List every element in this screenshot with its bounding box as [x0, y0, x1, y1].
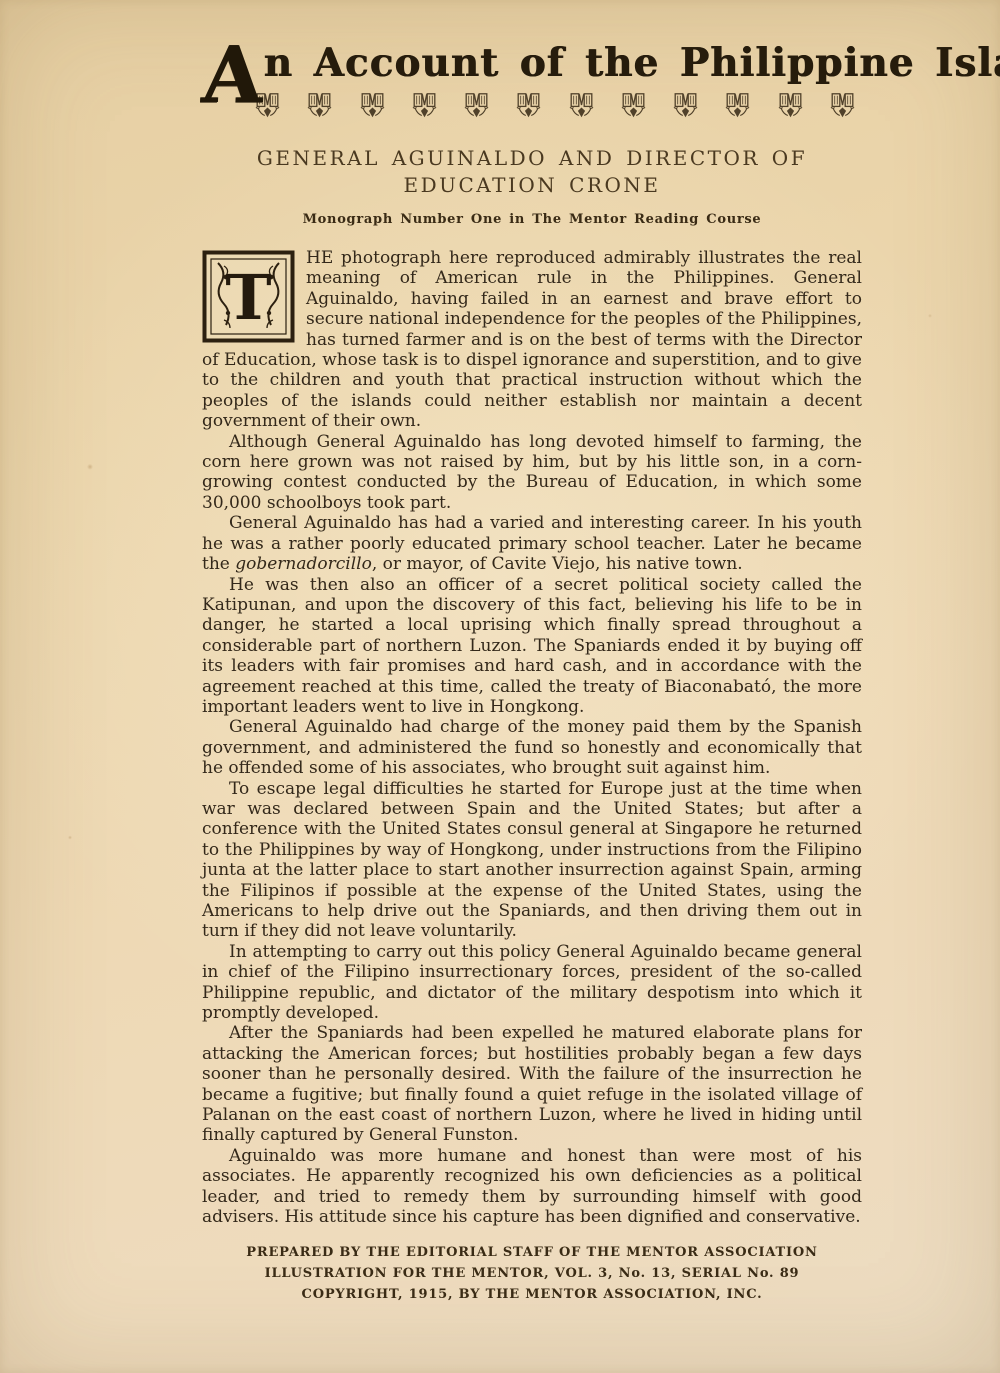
body-text: THE photograph here reproduced admirably…	[202, 248, 862, 1228]
paragraph: To escape legal difficulties he started …	[202, 779, 862, 942]
footer-credits: PREPARED BY THE EDITORIAL STAFF OF THE M…	[202, 1242, 862, 1305]
italic-text-run: gobernadorcillo	[235, 554, 372, 574]
text-run: Although General Aguinaldo has long devo…	[202, 432, 862, 513]
svg-text:T: T	[225, 261, 271, 334]
paragraph: General Aguinaldo has had a varied and i…	[202, 513, 862, 574]
paragraph: After the Spaniards had been expelled he…	[202, 1023, 862, 1145]
paragraph: Although General Aguinaldo has long devo…	[202, 432, 862, 514]
footer-line: COPYRIGHT, 1915, BY THE MENTOR ASSOCIATI…	[202, 1284, 862, 1305]
text-run: Aguinaldo was more humane and honest tha…	[202, 1146, 862, 1227]
footer-line: PREPARED BY THE EDITORIAL STAFF OF THE M…	[202, 1242, 862, 1263]
drop-cap-initial: T	[202, 250, 295, 343]
text-run: He was then also an officer of a secret …	[202, 575, 862, 717]
article-heading-line2: EDUCATION CRONE	[202, 172, 862, 199]
text-run: To escape legal difficulties he started …	[202, 779, 862, 942]
page-title: n Account of the Philippine Islands	[264, 40, 1000, 86]
text-run: In attempting to carry out this policy G…	[202, 942, 862, 1023]
text-run: , or mayor, of Cavite Viejo, his native …	[372, 554, 743, 574]
text-run: After the Spaniards had been expelled he…	[202, 1023, 862, 1145]
masthead-title: An Account of the Philippine Islands	[202, 40, 862, 104]
series-subtitle: Monograph Number One in The Mentor Readi…	[202, 212, 862, 227]
text-run: HE photograph here reproduced admirably …	[202, 248, 862, 431]
paragraph: Aguinaldo was more humane and honest tha…	[202, 1146, 862, 1228]
paragraph: He was then also an officer of a secret …	[202, 575, 862, 718]
title-initial-letter: A	[200, 45, 264, 107]
article-heading-line1: GENERAL AGUINALDO AND DIRECTOR OF	[202, 145, 862, 172]
text-run: General Aguinaldo had charge of the mone…	[202, 717, 862, 778]
paragraph: General Aguinaldo had charge of the mone…	[202, 717, 862, 778]
paragraph: THE photograph here reproduced admirably…	[202, 248, 862, 432]
paragraph: In attempting to carry out this policy G…	[202, 942, 862, 1024]
document-page: An Account of the Philippine Islands GEN…	[202, 0, 862, 1305]
footer-line: ILLUSTRATION FOR THE MENTOR, VOL. 3, No.…	[202, 1263, 862, 1284]
article-heading: GENERAL AGUINALDO AND DIRECTOR OF EDUCAT…	[202, 145, 862, 199]
